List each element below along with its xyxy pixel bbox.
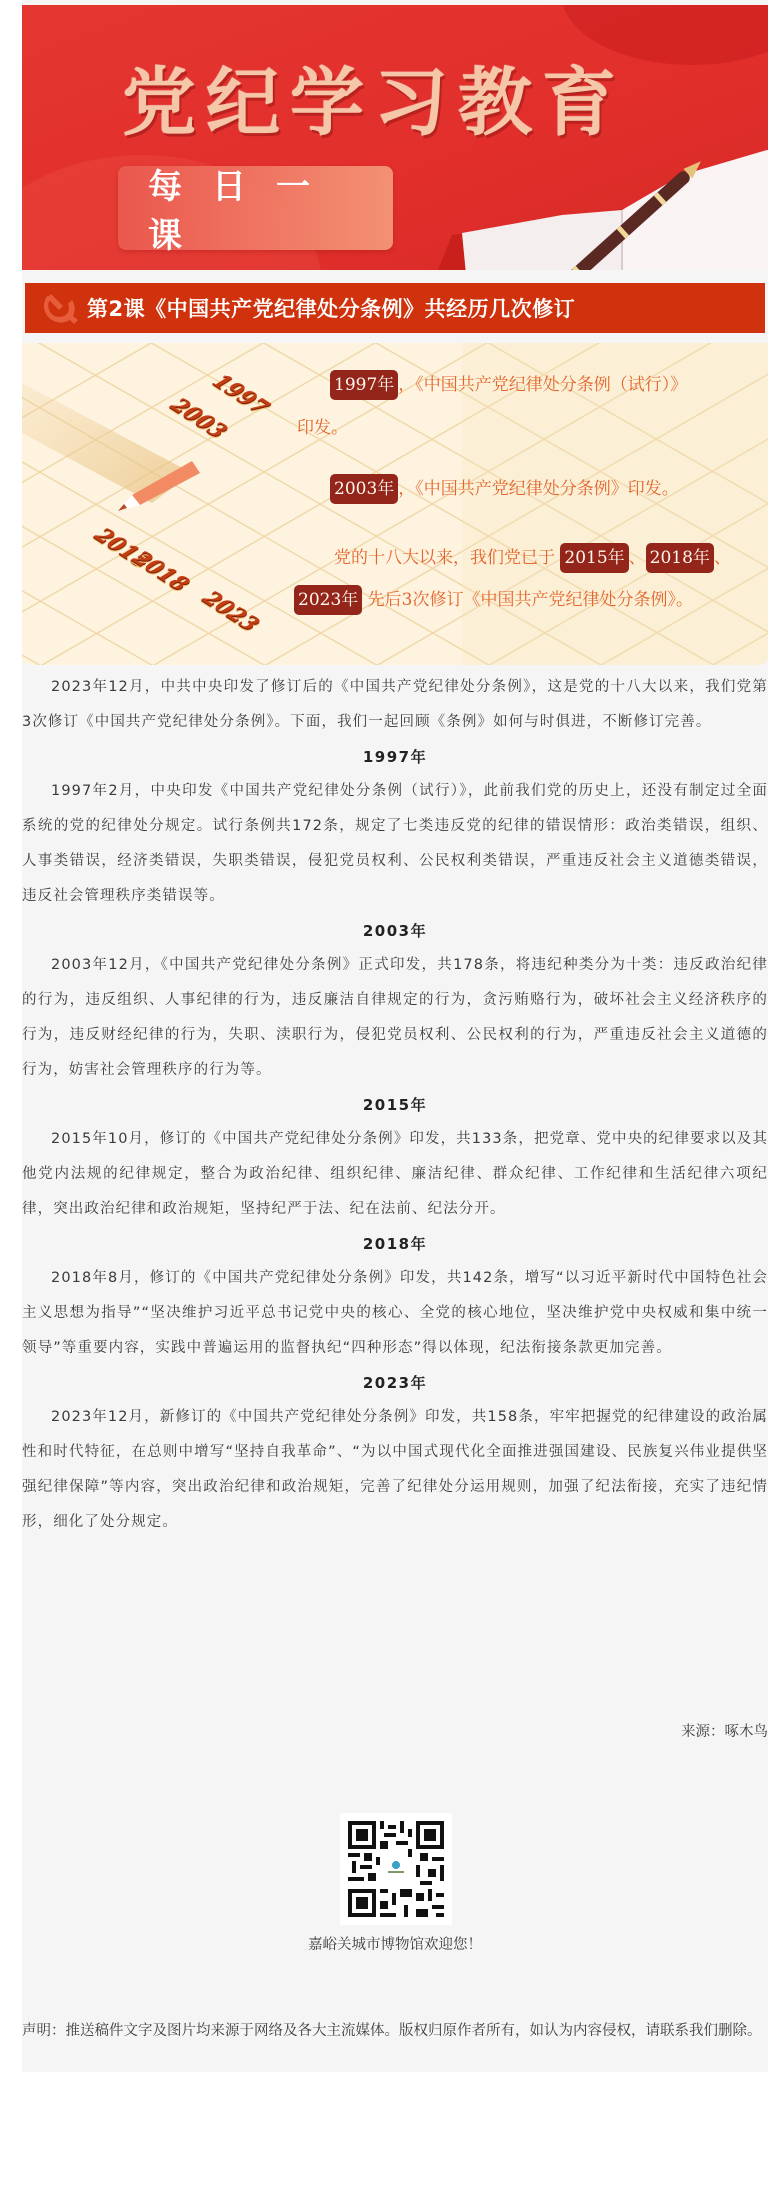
source-credit: 来源：啄木鸟	[681, 1720, 768, 1741]
copyright-disclaimer: 声明：推送稿件文字及图片均来源于网络及各大主流媒体。版权归原作者所有，如认为内容…	[22, 2017, 768, 2046]
timeline-infographic: 1997 2003 2015 2018 2023 1997年，《中国共产党纪律处…	[22, 343, 768, 665]
year-badge: 2003年	[330, 474, 398, 504]
section-body-2015: 2015年10月，修订的《中国共产党纪律处分条例》印发，共133条，把党章、党中…	[22, 1122, 768, 1227]
section-heading-2015: 2015年	[22, 1088, 768, 1122]
daily-lesson-pill: 每日一课	[118, 166, 393, 250]
info-line-revisions-cont: 2023年 先后3次修订《中国共产党纪律处分条例》。	[294, 585, 693, 615]
article-body: 2023年12月，中共中央印发了修订后的《中国共产党纪律处分条例》，这是党的十八…	[22, 670, 768, 1540]
info-line-revisions: 党的十八大以来，我们党已于 2015年、2018年、	[334, 543, 731, 573]
section-body-1997: 1997年2月，中央印发《中国共产党纪律处分条例（试行）》，此前我们党的历史上，…	[22, 774, 768, 914]
info-line-1997-cont: 印发。	[297, 413, 348, 443]
section-body-2023: 2023年12月，新修订的《中国共产党纪律处分条例》印发，共158条，牢牢把握党…	[22, 1400, 768, 1540]
info-line-1997: 1997年，《中国共产党纪律处分条例（试行）》	[330, 370, 687, 400]
info-line-2003: 2003年，《中国共产党纪律处分条例》印发。	[330, 474, 679, 504]
year-badge: 1997年	[330, 370, 398, 400]
section-heading-2003: 2003年	[22, 914, 768, 948]
header-banner: 党纪学习教育 每日一课	[22, 5, 768, 270]
intro-paragraph: 2023年12月，中共中央印发了修订后的《中国共产党纪律处分条例》，这是党的十八…	[22, 670, 768, 740]
notebook-pen-icon	[422, 115, 768, 270]
year-badge: 2015年	[560, 543, 628, 573]
section-heading-1997: 1997年	[22, 740, 768, 774]
year-badge: 2018年	[646, 543, 714, 573]
article-page: 党纪学习教育 每日一课 第2课《中国共产党纪律处分条例》共经历几次修订	[22, 0, 768, 2072]
party-emblem-icon	[37, 288, 81, 328]
lesson-title: 第2课《中国共产党纪律处分条例》共经历几次修订	[87, 293, 575, 323]
year-badge: 2023年	[294, 585, 362, 615]
lesson-title-bar: 第2课《中国共产党纪律处分条例》共经历几次修订	[25, 283, 765, 333]
banner-subtitle: 每日一课	[118, 166, 393, 250]
section-heading-2023: 2023年	[22, 1366, 768, 1400]
section-body-2018: 2018年8月，修订的《中国共产党纪律处分条例》印发，共142条，增写“以习近平…	[22, 1261, 768, 1366]
welcome-message: 嘉峪关城市博物馆欢迎您！	[22, 1930, 768, 1960]
qr-code-icon[interactable]	[340, 1813, 452, 1925]
section-body-2003: 2003年12月，《中国共产党纪律处分条例》正式印发，共178条，将违纪种类分为…	[22, 948, 768, 1088]
section-heading-2018: 2018年	[22, 1227, 768, 1261]
